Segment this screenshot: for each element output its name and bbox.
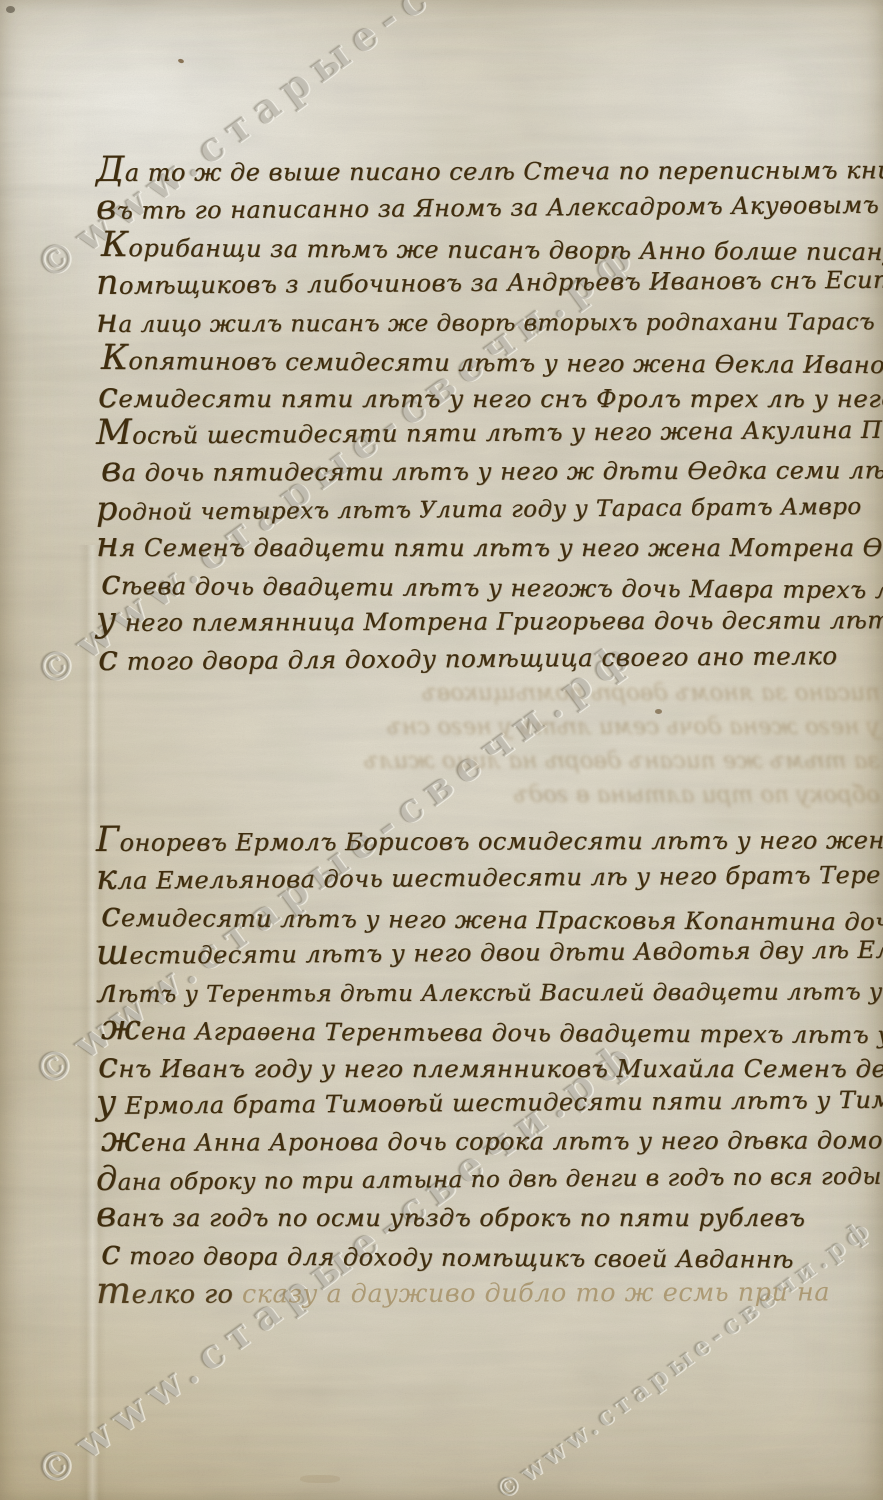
handwriting-block-1: Да то ж де выше писано селѣ Стеча по пер…: [96, 152, 878, 677]
paper-smudge: [300, 1475, 340, 1483]
handwriting-line: с того двора для доходу помѣщица своего …: [98, 633, 878, 677]
handwriting-line: у него племянница Мотрена Григорьева доч…: [96, 599, 878, 639]
handwriting-line: дана оброку по три алтына по двѣ денги в…: [96, 1153, 878, 1197]
handwriting-line: ва дочь пятидесяти лѣтъ у него ж дѣти Ѳе…: [101, 449, 878, 489]
handwriting-line: кла Емельянова дочь шестидесяти лѣ у нег…: [96, 853, 878, 897]
handwriting-line: Да то ж де выше писано селѣ Стеча по пер…: [96, 149, 878, 189]
watermark-text: ©www.старые-свечи.рф: [26, 1029, 647, 1498]
ghost-bleedthrough-text: писано за яномъ дворѣ помѣщиковъ у него …: [380, 676, 880, 812]
paper-fleck: [6, 6, 15, 13]
faint-line-dark-part: телко го: [96, 1280, 233, 1310]
handwriting-line: въ тѣ го написанно за Яномъ за Алексадро…: [96, 183, 878, 227]
handwriting-line: родной четырехъ лѣтъ Улита году у Тараса…: [96, 483, 878, 527]
handwriting-line: Мосѣй шестидесяти пяти лѣтъ у него жена …: [96, 408, 878, 452]
handwriting-line: Гоноревъ Ермолъ Борисовъ осмидесяти лѣтъ…: [96, 819, 878, 859]
watermark-text: ©www.старые-свечи.рф: [26, 0, 647, 291]
handwriting-line: с того двора для доходу помѣщикъ своей А…: [101, 1235, 878, 1277]
handwriting-line: снъ Иванъ году у него племянниковъ Михай…: [98, 1047, 878, 1085]
paper-crease: [78, 545, 106, 1500]
handwriting-line: помѣщиковъ з либочиновъ за Андрѣевъ Иван…: [96, 258, 878, 302]
ghost-line: писано за яномъ дворѣ помѣщиковъ: [380, 676, 880, 710]
handwriting-line: лѣтъ у Терентья дѣти Алексѣй Василей два…: [96, 969, 878, 1009]
manuscript-page-scan: ©www.старые-свечи.рф ©www.старые-свечи.р…: [0, 0, 883, 1500]
handwriting-line: жена Анна Аронова дочь сорока лѣтъ у нег…: [101, 1119, 878, 1159]
ink-speck: [655, 709, 662, 714]
handwriting-line: семидесяти пяти лѣтъ у него снъ Фролъ тр…: [98, 377, 878, 415]
faint-line-light-part: сказу а дауживо дибло то ж есмь при на: [242, 1277, 830, 1309]
handwriting-line: Корибанщи за тѣмъ же писанъ дворѣ Анно б…: [101, 227, 878, 269]
handwriting-line: ванъ за годъ по осми уѣздъ оброкъ по пят…: [96, 1197, 878, 1235]
handwriting-line: на лицо жилъ писанъ же дворѣ вторыхъ род…: [96, 299, 878, 339]
ghost-line: за тѣмъ же писанъ дворѣ на лицо жилъ: [380, 744, 880, 778]
watermark-text: ©www.старые-свечи.рф: [26, 229, 647, 698]
ink-speck: [177, 58, 184, 64]
handwriting-line: ня Семенъ двадцети пяти лѣтъ у него жена…: [96, 527, 878, 565]
ghost-line: оброку по три алтына в годъ: [380, 778, 880, 812]
handwriting-line: жена Аграѳена Терентьева дочь двадцети т…: [101, 1010, 878, 1052]
handwriting-line: у Ермола брата Тимоѳѣй шестидесяти пяти …: [96, 1078, 878, 1122]
ghost-line: у него жена дочь семи лѣтъ у него снъ: [380, 710, 880, 744]
paper-tone-wash: [0, 0, 883, 1500]
handwriting-line: сѣева дочь двадцети лѣтъ у негожъ дочь М…: [101, 565, 878, 607]
handwriting-line: семидесяти лѣтъ у него жена Прасковья Ко…: [101, 897, 878, 939]
watermark-text: ©www.старые-свечи.рф: [24, 629, 645, 1098]
watermark-text: ©www.старые-свечи.рф: [489, 1213, 878, 1500]
handwriting-line-faint: телко го сказу а дауживо дибло то ж есмь…: [96, 1269, 878, 1309]
handwriting-line: шестидесяти лѣтъ у него двои дѣти Авдоть…: [96, 928, 878, 972]
handwriting-block-2: Гоноревъ Ермолъ Борисовъ осмидесяти лѣтъ…: [96, 822, 878, 1310]
handwriting-line: Копятиновъ семидесяти лѣтъ у него жена Ѳ…: [101, 340, 878, 382]
paper-texture: [0, 0, 883, 1500]
page-vignette: [0, 0, 883, 1500]
